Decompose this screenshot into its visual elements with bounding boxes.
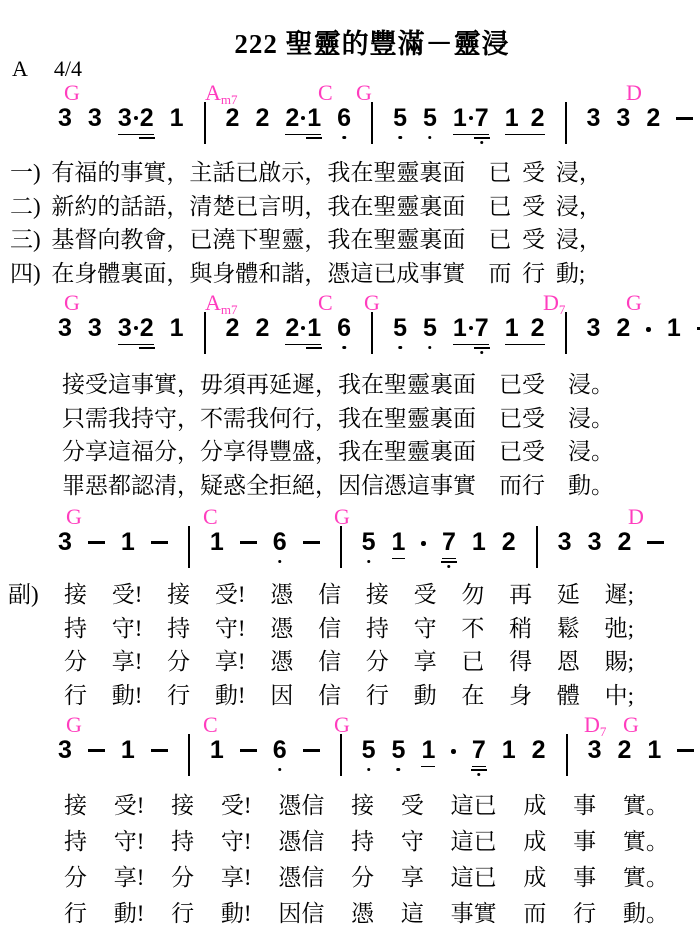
note: 2 [255,106,269,131]
note: 6 [273,530,287,555]
chord-row: GAm7CGD7G [0,292,700,316]
note: 5 [362,530,376,555]
note: 1 [210,738,224,763]
held-note-dash [240,541,257,544]
held-note-dash [676,117,693,120]
note: 2 [617,530,631,555]
barline [536,526,538,568]
dotted-rhythm-dot [301,326,305,330]
held-note-dash [240,749,257,752]
key-time-row: A 4/4 [12,56,700,82]
chord-d7: D7 [543,292,565,321]
held-note-dash [303,749,320,752]
barline [340,734,342,776]
dotted-rhythm-dot [134,326,138,330]
note: 3 [58,530,72,555]
note: 1 [121,738,135,763]
time-signature: 4/4 [54,56,82,82]
note: 7 [442,530,456,555]
augmentation-dot [421,541,426,546]
beamed-group: 17 [453,316,489,345]
note: 2 [226,106,240,131]
beamed-group: 32 [118,316,154,345]
held-note-dash [151,541,168,544]
note: 1 [667,316,681,341]
notation-row: 3332122216551712332 [58,106,700,148]
note: 2 [255,316,269,341]
lyric-line: 持 守! 持 守! 憑 信 持 守 不 稍 鬆 弛; [64,612,700,646]
note: 2 [532,738,546,763]
note: 3 [118,106,132,131]
note: 2 [617,738,631,763]
augmentation-dot [451,749,456,754]
dotted-rhythm-dot [469,326,473,330]
note: 2 [531,106,545,131]
beamed-group: 1 [392,530,406,559]
held-note-dash [677,749,694,752]
note: 2 [140,316,154,341]
lyric-line: 接受這事實，毋須再延遲，我在聖靈裏面 已受 浸。 [62,368,700,402]
beamed-group: 17 [453,106,489,135]
chord-g: G [623,714,639,736]
note: 3 [88,106,102,131]
lyric-line: 行 動! 行 動! 因信 憑 這 事實 而 行 動。 [64,896,700,932]
note: 1 [421,738,435,763]
note: 1 [210,530,224,555]
note: 3 [616,106,630,131]
note: 3 [88,316,102,341]
beamed-group: 12 [505,106,545,135]
lyric-line: 四) 在身體裏面，與身體和諧，憑這已成事實 而 行 動; [10,257,700,291]
note: 3 [558,530,572,555]
lyric-line: 只需我持守，不需我何行，我在聖靈裏面 已受 浸。 [62,402,700,436]
lyric-line: 持 守! 持 守! 憑信 持 守 這已 成 事 實。 [64,824,700,860]
chord-g: G [66,714,82,736]
note: 1 [472,530,486,555]
verse-block-chorus: 副)接 受! 接 受! 憑 信 接 受 勿 再 延 遲;持 守! 持 守! 憑 … [64,578,700,712]
chord-row: GCGD7G [0,714,700,738]
note: 1 [170,106,184,131]
chord-c: C [318,292,333,314]
barline [565,102,567,144]
beamed-group: 32 [118,106,154,135]
note: 5 [392,738,406,763]
chord-g: G [364,292,380,314]
note: 1 [307,316,321,341]
lyric-line: 分享這福分，分享得豐盛，我在聖靈裏面 已受 浸。 [62,435,700,469]
note: 2 [646,106,660,131]
lyric-line: 二) 新約的話語，清楚已言明，我在聖靈裏面 已 受 浸， [10,190,700,224]
note: 3 [58,316,72,341]
chord-g: G [356,82,372,104]
beamed-group: 1 [421,738,435,767]
music-line: GAm7CGD3332122216551712332 [0,82,700,148]
note: 5 [393,316,407,341]
chord-g: G [66,506,82,528]
held-note-dash [88,541,105,544]
music-line: GAm7CGD7G3332122216551712321 [0,292,700,358]
chord-row: GCGD [0,506,700,530]
dotted-rhythm-dot [301,116,305,120]
notation-row: 3116551712321 [58,738,700,780]
hymn-title: 222 聖靈的豐滿－靈浸 [0,22,700,56]
beamed-group: 7 [442,530,456,559]
barline [340,526,342,568]
verse-block-stanzas: 一) 有福的事實，主話已啟示，我在聖靈裏面 已 受 浸，二) 新約的話語，清楚已… [10,156,700,290]
barline [188,734,190,776]
note: 2 [285,106,299,131]
barline [371,102,373,144]
held-note-dash [303,541,320,544]
dotted-rhythm-dot [469,116,473,120]
note: 3 [58,738,72,763]
note: 3 [118,316,132,341]
music-line: GCGD311651712332 [0,506,700,572]
note: 5 [362,738,376,763]
note: 1 [453,106,467,131]
note: 1 [307,106,321,131]
barline [371,312,373,354]
key-signature: A [12,56,28,82]
chord-g: G [64,292,80,314]
note: 2 [616,316,630,341]
note: 5 [423,106,437,131]
note: 3 [58,106,72,131]
note: 7 [475,316,489,341]
lyric-line: 三) 基督向教會，已澆下聖靈，我在聖靈裏面 已 受 浸， [10,223,700,257]
note: 3 [587,316,601,341]
verse-block-chorus-2: 接 受! 接 受! 憑信 接 受 這已 成 事 實。持 守! 持 守! 憑信 持… [64,788,700,932]
note: 7 [475,106,489,131]
chord-g: G [64,82,80,104]
beamed-group: 12 [505,316,545,345]
chord-row: GAm7CGD [0,82,700,106]
beamed-group: 21 [285,316,321,345]
note: 1 [502,738,516,763]
note: 2 [140,106,154,131]
chorus-label: 副) [8,578,39,612]
chord-g: G [626,292,642,314]
note: 1 [392,530,406,555]
held-note-dash [88,749,105,752]
note: 6 [337,316,351,341]
note: 1 [647,738,661,763]
barline [566,734,568,776]
note: 7 [472,738,486,763]
note: 1 [505,316,519,341]
note: 3 [588,738,602,763]
beamed-group: 7 [472,738,486,767]
note: 3 [588,530,602,555]
note: 2 [502,530,516,555]
lyric-line: 罪惡都認清，疑惑全拒絕，因信憑這事實 而行 動。 [62,469,700,503]
verse-block-stanzas-2: 接受這事實，毋須再延遲，我在聖靈裏面 已受 浸。只需我持守，不需我何行，我在聖靈… [62,368,700,502]
lyric-line: 分 享! 分 享! 憑信 分 享 這已 成 事 實。 [64,860,700,896]
note: 2 [531,316,545,341]
lyric-line: 一) 有福的事實，主話已啟示，我在聖靈裏面 已 受 浸， [10,156,700,190]
score: GAm7CGD3332122216551712332一) 有福的事實，主話已啟示… [0,82,700,932]
note: 1 [505,106,519,131]
chord-d: D [626,82,642,104]
note: 3 [587,106,601,131]
chord-c: C [203,506,218,528]
note: 5 [393,106,407,131]
barline [188,526,190,568]
note: 6 [273,738,287,763]
augmentation-dot [646,327,651,332]
hymn-sheet-page: { "title": "222 聖靈的豐滿－靈浸", "key_signatur… [0,0,700,952]
note: 2 [226,316,240,341]
lyric-line: 副)接 受! 接 受! 憑 信 接 受 勿 再 延 遲; [64,578,700,612]
lyric-line: 接 受! 接 受! 憑信 接 受 這已 成 事 實。 [64,788,700,824]
note: 1 [170,316,184,341]
note: 1 [453,316,467,341]
chord-c: C [318,82,333,104]
chord-quality: 7 [559,302,566,317]
notation-row: 3332122216551712321 [58,316,700,358]
chord-g: G [334,714,350,736]
chord-c: C [203,714,218,736]
held-note-dash [151,749,168,752]
held-note-dash [647,541,664,544]
beamed-group: 21 [285,106,321,135]
note: 1 [121,530,135,555]
note: 6 [337,106,351,131]
note: 5 [423,316,437,341]
lyric-line: 行 動! 行 動! 因 信 行 動 在 身 體 中; [64,679,700,713]
dotted-rhythm-dot [134,116,138,120]
music-line: GCGD7G3116551712321 [0,714,700,780]
chord-g: G [334,506,350,528]
notation-row: 311651712332 [58,530,700,572]
chord-d: D [628,506,644,528]
lyric-line: 分 享! 分 享! 憑 信 分 享 已 得 恩 賜; [64,645,700,679]
note: 2 [285,316,299,341]
